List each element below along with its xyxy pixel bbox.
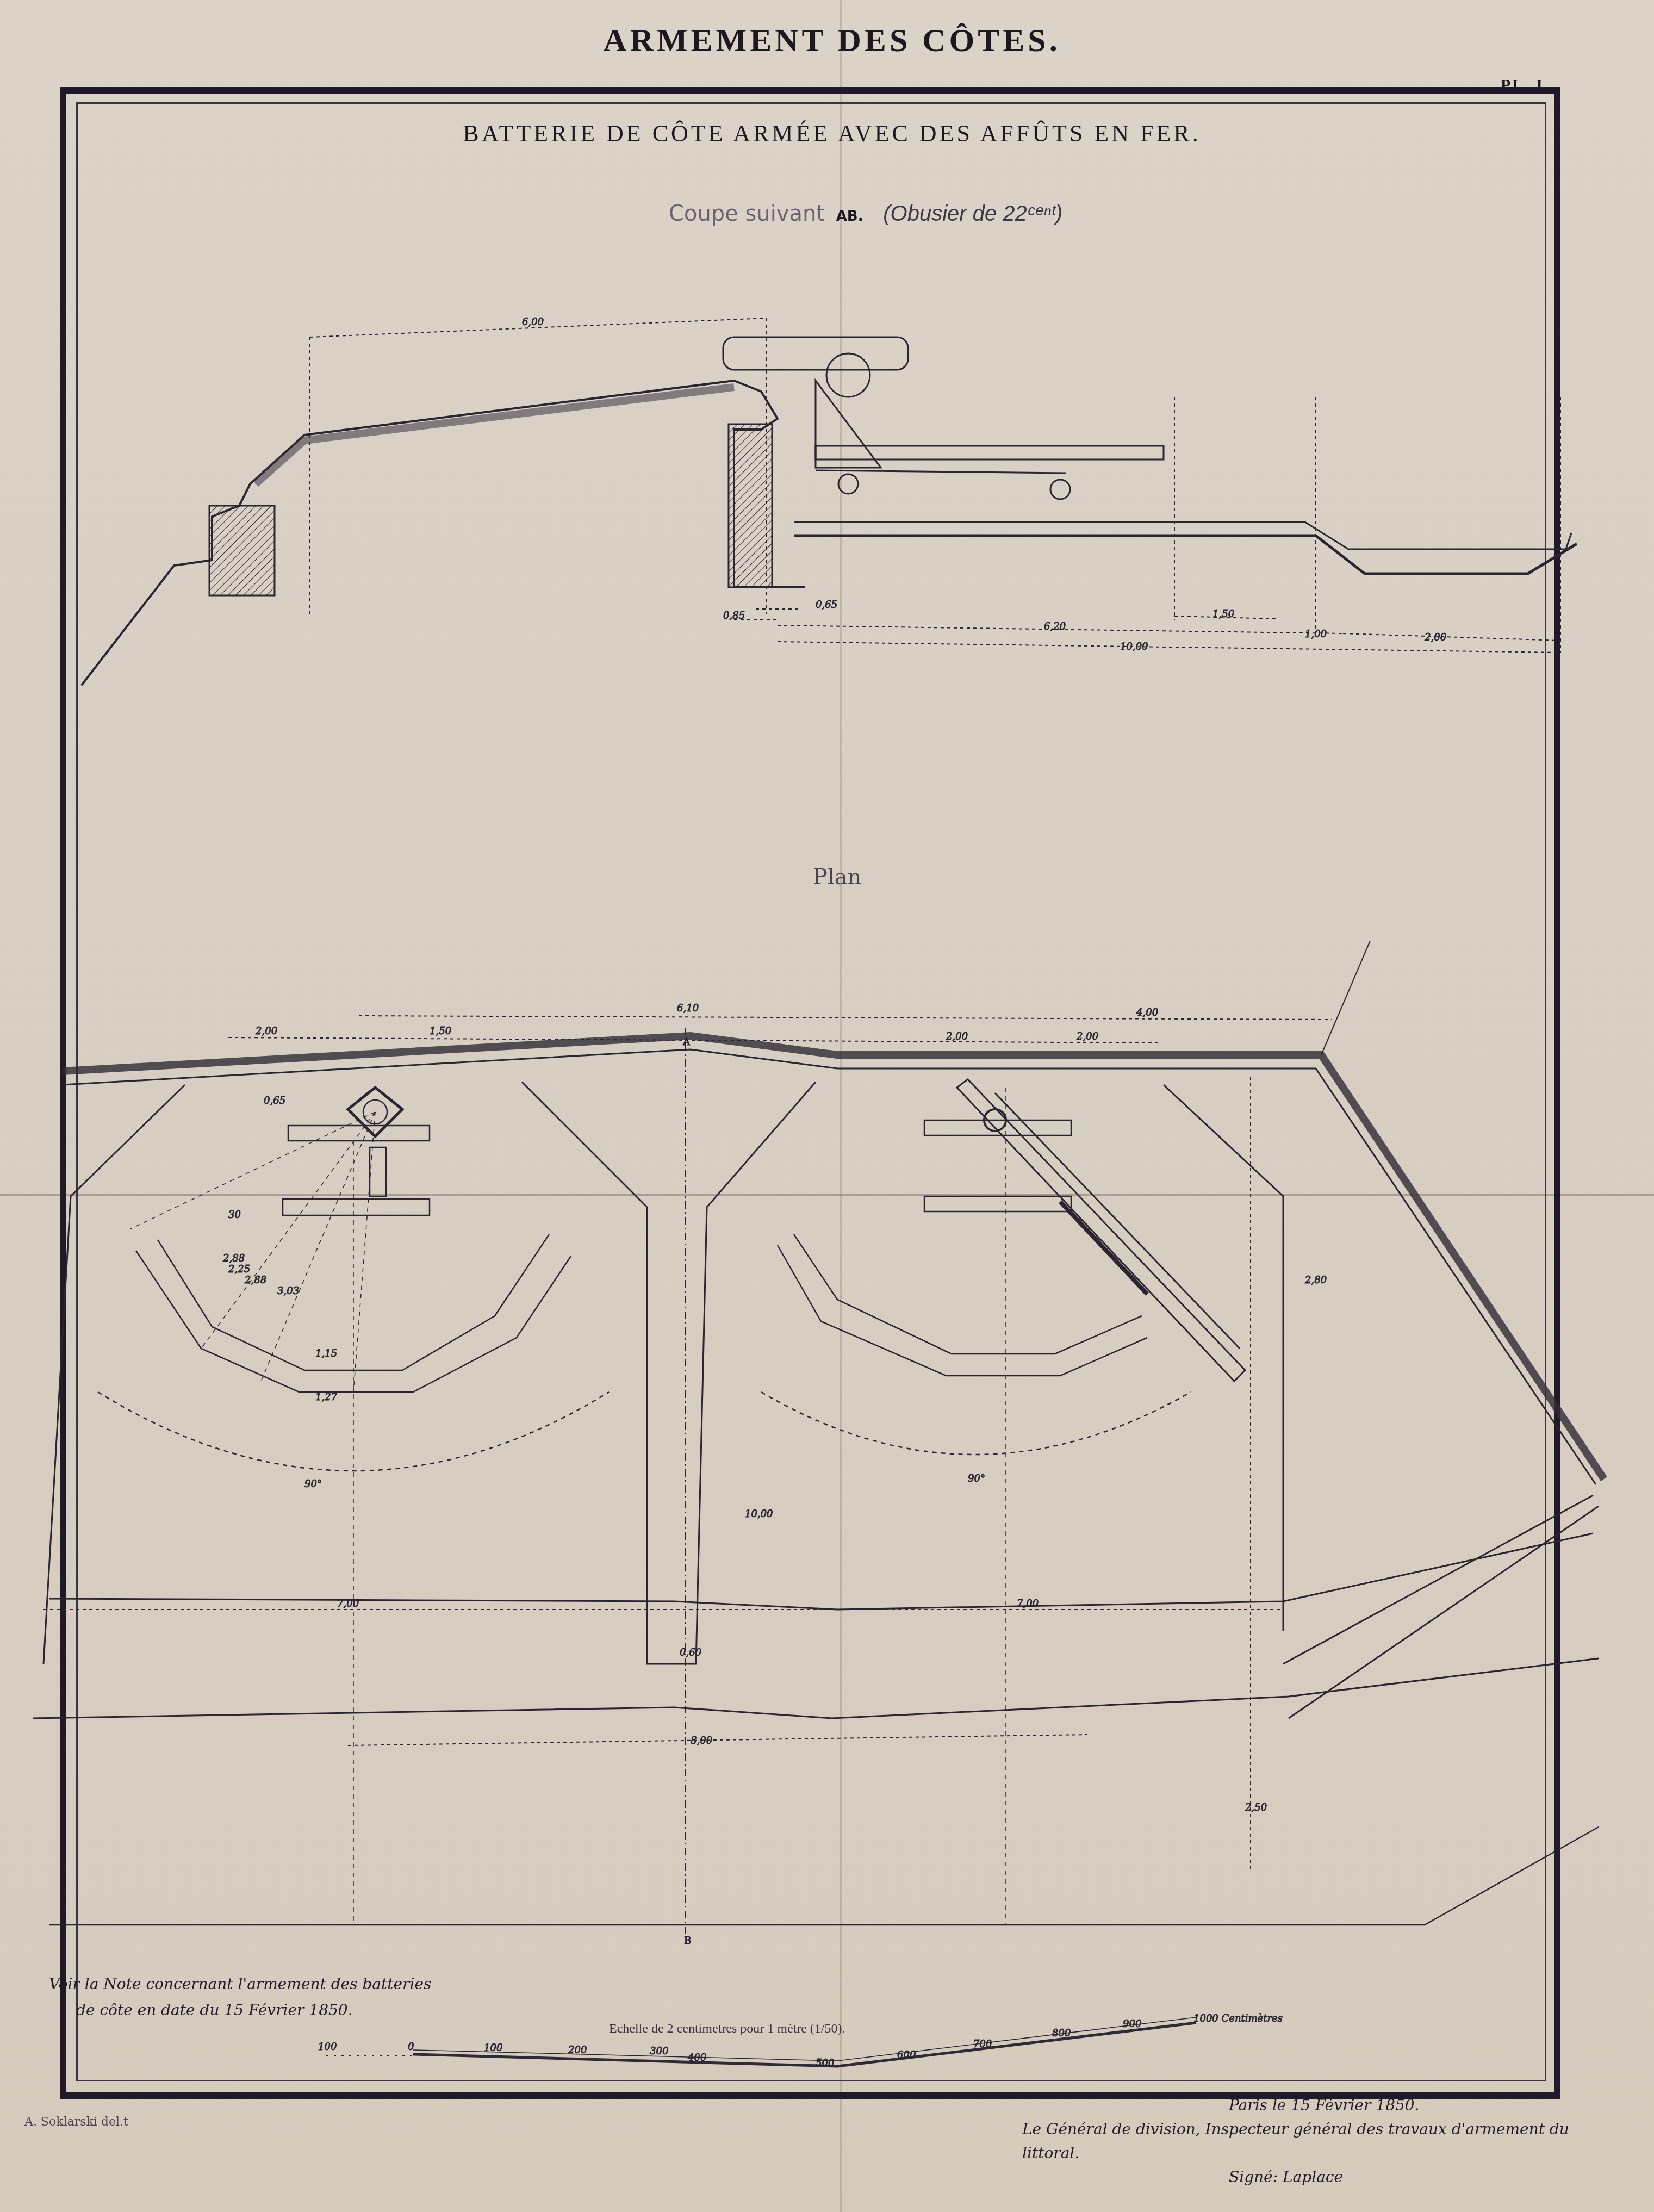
dim-traverse-length: 10,00: [745, 1508, 773, 1520]
dim-plan-top-2: 6,10: [677, 1003, 699, 1014]
signature-block: Paris le 15 Février 1850. Le Général de …: [1022, 2093, 1599, 2189]
dim-traverse-head: 0,60: [680, 1647, 701, 1658]
trunnion: [826, 353, 870, 397]
bottom-limit-line: [49, 1827, 1599, 1925]
scale-caption: Echelle de 2 centimetres pour 1 mètre (1…: [609, 2022, 845, 2036]
signature-name: Signé: Laplace: [1022, 2165, 1599, 2189]
reference-note: Voir la Note concernant l'armement des b…: [49, 1971, 431, 2023]
dim-rail-width: 30: [228, 1209, 241, 1221]
traverse-angle-right: 90°: [968, 1473, 985, 1484]
dim-step-1: 1,00: [1305, 629, 1327, 640]
front-platform-beam: [288, 1126, 430, 1141]
dim-run-1: 6,20: [1044, 621, 1066, 632]
iron-carriage-chassis: [957, 1079, 1245, 1381]
front-truck-wheel: [838, 474, 858, 494]
scale-tick-0: 0: [408, 2041, 414, 2053]
dim-left-width: 7,00: [337, 1598, 359, 1610]
dim-chord-outer: 1,27: [315, 1391, 338, 1403]
section-marker-b: B: [684, 1935, 691, 1947]
scale-tick-800: 800: [1052, 2028, 1071, 2039]
dim-step-2: 2,00: [1424, 632, 1446, 643]
traverse-rail-outer-right: [794, 1234, 1142, 1354]
ground-line: [794, 536, 1577, 574]
scale-tick-700: 700: [973, 2039, 992, 2050]
iron-carriage-elevation: [723, 337, 1164, 499]
capital-line: [1321, 941, 1370, 1055]
scale-tick-neg100: 100: [318, 2041, 337, 2053]
dim-radius-1: 2,88: [222, 1253, 245, 1264]
howitzer-barrel: [723, 337, 908, 370]
dim-lower-left-1: 0,85: [723, 610, 745, 622]
traverse-angle-left: 90°: [304, 1478, 322, 1490]
scale-tick-500: 500: [816, 2058, 834, 2069]
revetment-wall: [729, 424, 772, 587]
scale-tick-600: 600: [897, 2049, 916, 2061]
dim-lower-left-2: 0,65: [816, 599, 837, 611]
scale-tick-1000: 1000 Centimètres: [1193, 2013, 1283, 2024]
dim-plan-top-5: 4,00: [1136, 1007, 1158, 1018]
rear-platform-beam: [283, 1199, 430, 1215]
dim-plan-top-3: 2,00: [946, 1031, 968, 1042]
scale-tick-300: 300: [650, 2046, 668, 2057]
terreplein-rear-line: [49, 1533, 1593, 1610]
chassis-rail: [816, 446, 1164, 459]
signature-date: Paris le 15 Février 1850.: [1022, 2093, 1599, 2117]
dim-plan-top-0: 2,00: [255, 1026, 277, 1037]
revetment-block-left: [209, 506, 275, 595]
plan-view: 30 2,88 2,25 2,88 3,03 0,65 1,15 1,27 90…: [33, 941, 1604, 2069]
dim-side-depth-2: 2,50: [1245, 1802, 1267, 1813]
dim-radius-4: 3,03: [277, 1285, 299, 1297]
dim-pivot-offset: 0,65: [264, 1095, 285, 1107]
scale-tick-100: 100: [484, 2042, 502, 2054]
interior-crest-line: [63, 1049, 1596, 1484]
central-traverse: [522, 1082, 816, 1664]
dim-plan-top-1: 1,50: [430, 1026, 451, 1037]
rear-truck-wheel: [1050, 480, 1070, 499]
flank-line: [1283, 1495, 1593, 1664]
dim-plan-top-4: 2,00: [1076, 1031, 1098, 1042]
dim-chord-inner: 1,15: [315, 1348, 337, 1359]
traverse-arc-right: [761, 1392, 1191, 1455]
dim-ditch: 1,50: [1212, 608, 1234, 620]
technical-drawing: 6,00 0,85 0,65 6,20 10,00 1,50 1,00 2,00: [0, 0, 1654, 2212]
scale-tick-900: 900: [1123, 2018, 1141, 2030]
section-dimension-lines: [310, 318, 1560, 653]
reference-note-line-1: Voir la Note concernant l'armement des b…: [49, 1975, 431, 1993]
dim-bottom-span: 8,00: [691, 1735, 712, 1747]
right-merlon-edge: [1164, 1085, 1283, 1631]
left-emplacement: [98, 1088, 609, 1925]
parapet-turf-hatching: [256, 387, 734, 484]
scale-tick-200: 200: [568, 2045, 587, 2056]
dim-top-span: 6,00: [522, 316, 544, 328]
section-view: 6,00 0,85 0,65 6,20 10,00 1,50 1,00 2,00: [82, 316, 1577, 685]
left-merlon-edge: [43, 1085, 185, 1664]
reference-note-line-2: de côte en date du 15 Février 1850.: [49, 1997, 431, 2023]
dim-radius-2: 2,25: [228, 1264, 250, 1275]
dim-radius-3: 2,88: [244, 1275, 266, 1286]
parapet-crest: [63, 1036, 1604, 1479]
section-marker-a: A: [682, 1036, 691, 1048]
carriage-cheek: [816, 381, 881, 468]
dim-side-depth-1: 2,80: [1304, 1275, 1327, 1286]
scale-tick-400: 400: [687, 2052, 706, 2064]
dim-run-2: 10,00: [1120, 641, 1148, 653]
right-emplacement: [761, 1079, 1245, 1925]
signature-role: Le Général de division, Inspecteur génér…: [1022, 2117, 1599, 2165]
draughtsman-credit: A. Soklarski del.t: [24, 2115, 128, 2129]
dim-right-width: 7,00: [1017, 1598, 1039, 1610]
